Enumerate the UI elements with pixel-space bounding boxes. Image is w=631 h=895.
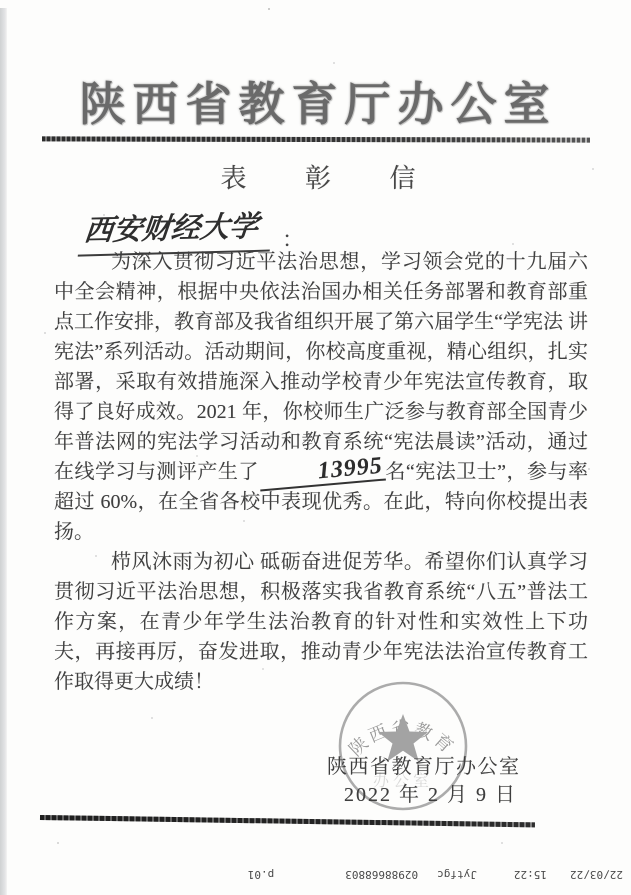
scanned-letter-page: 陕西省教育厅办公室 表 彰 信 西安财经大学： 为深入贯彻习近平法治思想，学习领…	[0, 0, 631, 895]
bottom-scan-line	[40, 815, 535, 827]
paragraph-2: 栉风沐雨为初心 砥砺奋进促芳华。希望你们认真学习贯彻习近平法治思想，积极落实我省…	[54, 547, 588, 697]
fax-number: 02988668803	[345, 869, 418, 882]
letterhead-divider	[42, 136, 590, 142]
fax-date: 22/03/22	[570, 869, 623, 882]
paragraph-1: 为深入贯彻习近平法治思想，学习领会党的十九届六中全会精神，根据中央依法治国办相关…	[54, 247, 588, 547]
signature-organization: 陕西省教育厅办公室	[327, 750, 521, 779]
handwritten-number: 13995	[258, 454, 386, 492]
fax-time: 15:22	[514, 869, 547, 882]
fax-page-number: p.01	[248, 869, 275, 882]
letter-body: 为深入贯彻习近平法治思想，学习领会党的十九届六中全会精神，根据中央依法治国办相关…	[54, 247, 588, 697]
scanner-edge-strip	[0, 8, 7, 895]
fax-station-id: Jytfgc	[437, 869, 477, 882]
signature-date: 2022 年 2 月 9 日	[344, 778, 517, 807]
document-title: 表 彰 信	[48, 158, 588, 195]
letterhead-title: 陕西省教育厅办公室	[48, 68, 588, 134]
paragraph-1-text-before: 为深入贯彻习近平法治思想，学习领会党的十九届六中全会精神，根据中央依法治国办相关…	[54, 251, 588, 483]
scan-noise	[0, 0, 2, 2]
fax-header-upside-down: 22/03/22 15:22 Jytfgc 02988668803 p.01	[205, 867, 623, 883]
